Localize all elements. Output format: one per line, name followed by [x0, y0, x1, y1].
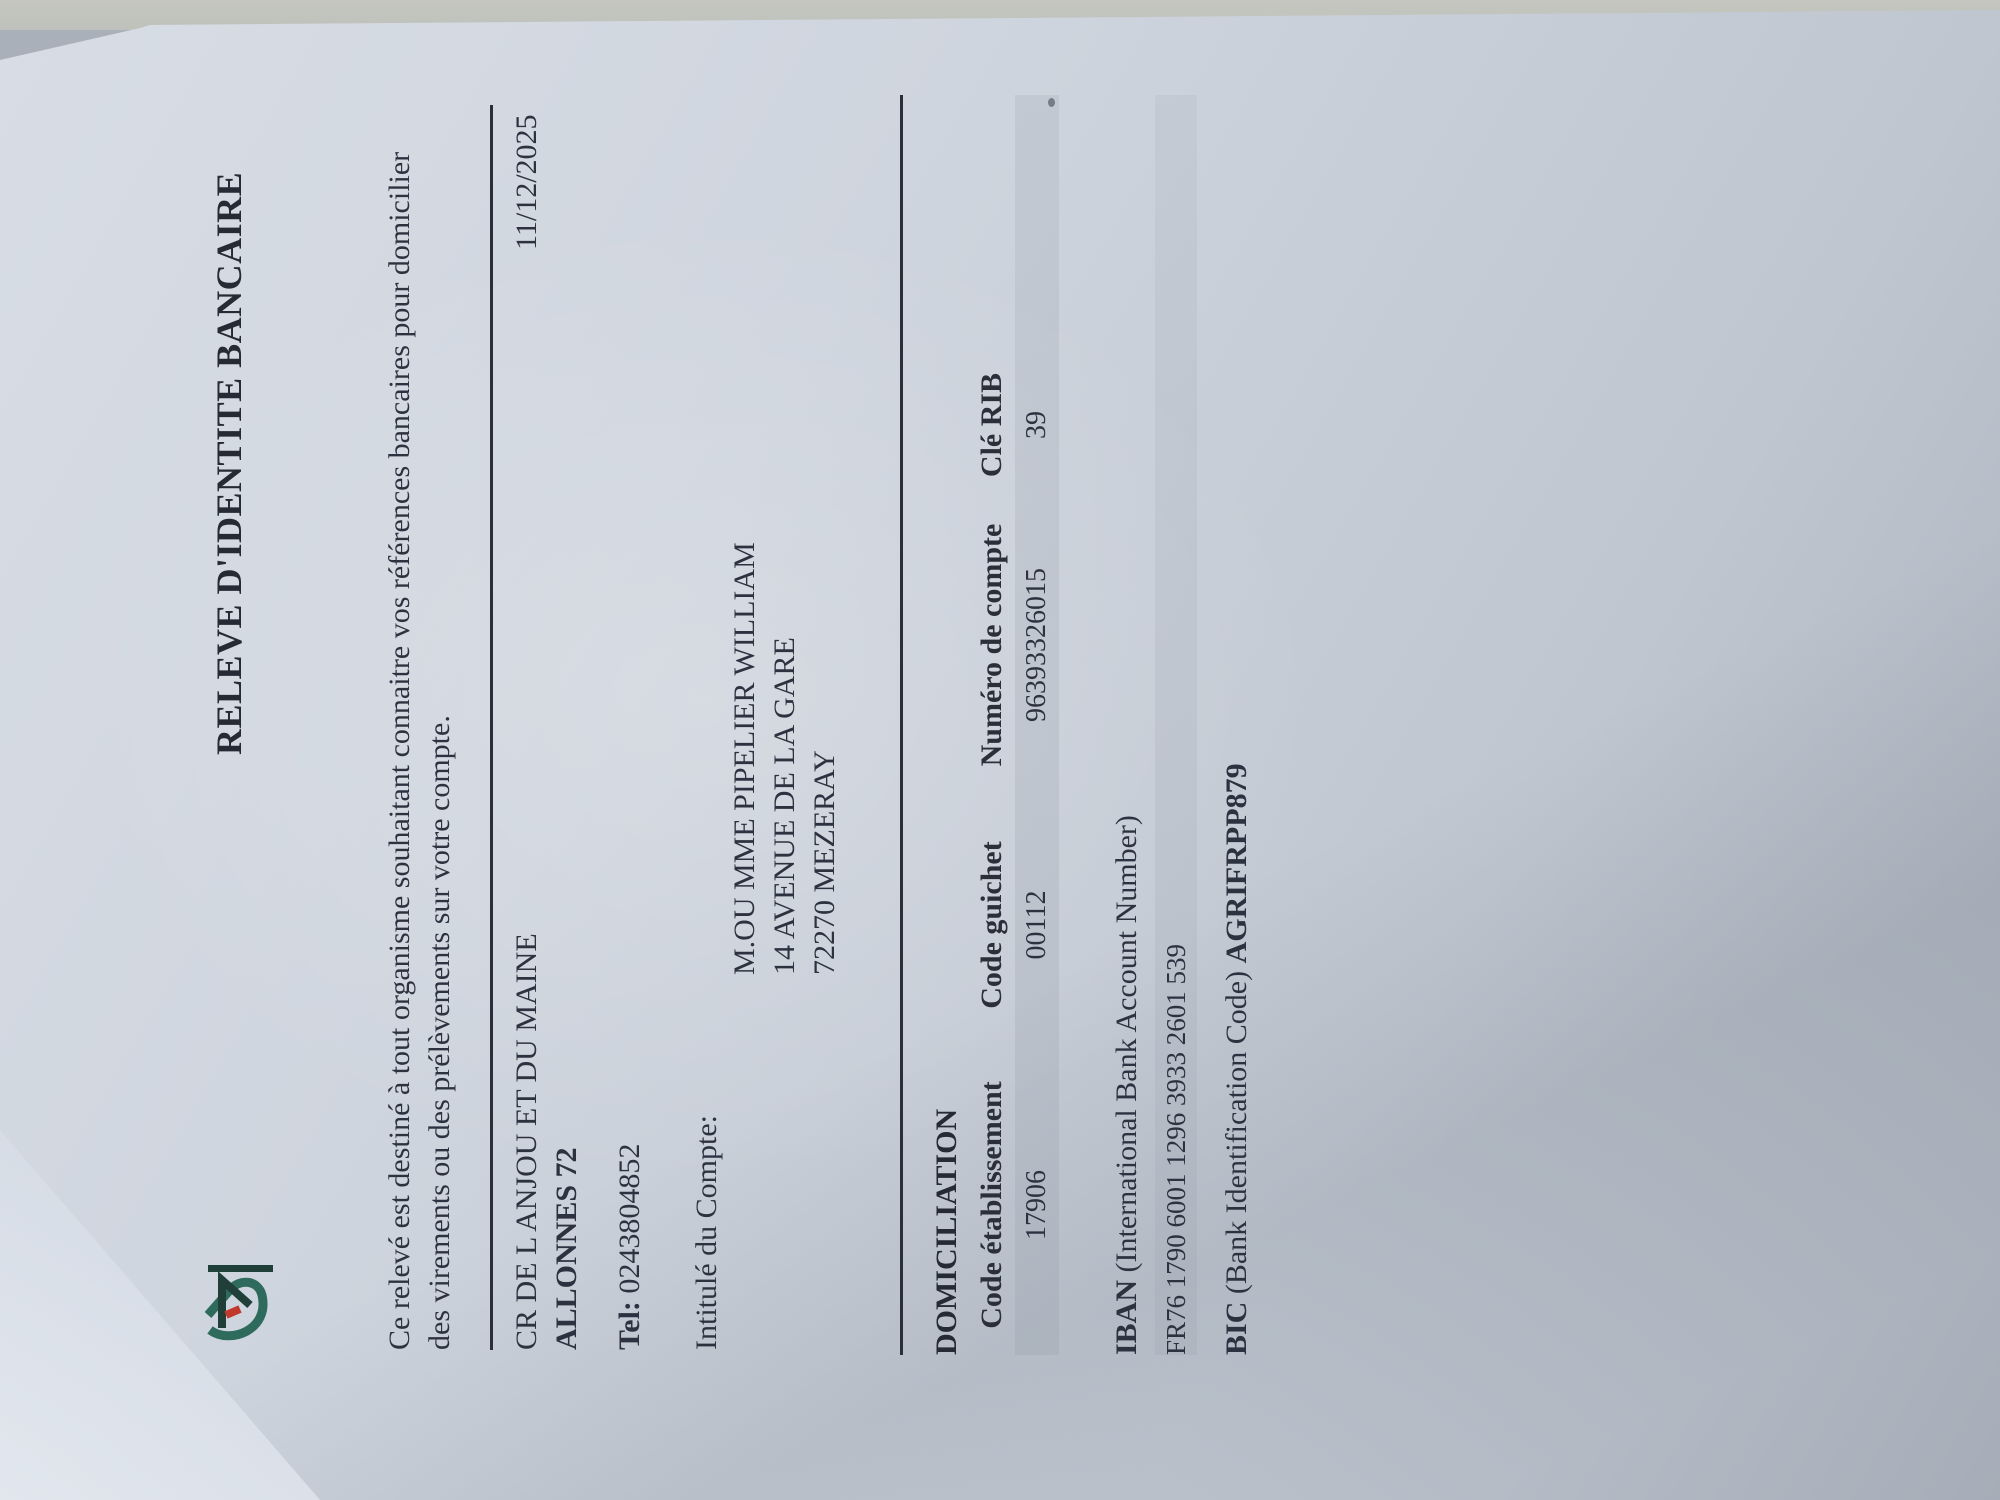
col-branch-code: Code guichet — [975, 795, 1009, 1055]
bank-phone: Tel: 0243804852 — [613, 1144, 647, 1350]
iban-value: FR76 1790 6001 1296 3933 2601 539 — [1155, 95, 1197, 1355]
document-title: RELEVE D'IDENTITE BANCAIRE — [208, 172, 250, 755]
bic-value: AGRIFRPP879 — [1220, 763, 1253, 963]
iban-label: IBAN (International Bank Account Number) — [1110, 815, 1144, 1355]
rib-table: Code établissement Code guichet Numéro d… — [975, 95, 1059, 1355]
iban-abbr: IBAN — [1110, 1280, 1143, 1355]
col-bank-code: Code établissement — [975, 1055, 1009, 1355]
document-date: 11/12/2025 — [510, 114, 544, 250]
account-holder-label: Intitulé du Compte: — [690, 1115, 724, 1350]
rib-header-row: Code établissement Code guichet Numéro d… — [975, 95, 1009, 1355]
phone-label: Tel: — [613, 1301, 646, 1350]
bank-name: CR DE L ANJOU ET DU MAINE — [510, 933, 544, 1350]
rib-document: RELEVE D'IDENTITE BANCAIRE Ce relevé est… — [180, 105, 1480, 1355]
domiciliation-title: DOMICILIATION — [930, 1109, 964, 1355]
divider — [490, 105, 493, 1350]
bank-code: 17906 — [1021, 1055, 1053, 1355]
intro-text: Ce relevé est destiné à tout organisme s… — [380, 150, 460, 1350]
credit-agricole-logo-icon — [200, 1255, 280, 1350]
bank-agency: ALLONNES 72 — [550, 1147, 584, 1350]
bic-abbr: BIC — [1220, 1302, 1253, 1355]
bic-line: BIC (Bank Identification Code) AGRIFRPP8… — [1220, 763, 1254, 1355]
account-holder: M.OU MME PIPELIER WILLIAM 14 AVENUE DE L… — [725, 542, 845, 975]
col-rib-key: Clé RIB — [975, 355, 1009, 495]
divider — [900, 95, 903, 1355]
holder-address-line2: 72270 MEZERAY — [805, 542, 845, 975]
holder-address-line1: 14 AVENUE DE LA GARE — [765, 542, 805, 975]
iban-description: (International Bank Account Number) — [1110, 815, 1143, 1272]
phone-number: 0243804852 — [613, 1144, 646, 1294]
branch-code: 00112 — [1021, 795, 1053, 1055]
rib-values-row: 17906 00112 96393326015 39 — [1015, 95, 1059, 1355]
holder-name: M.OU MME PIPELIER WILLIAM — [725, 542, 765, 975]
rib-key: 39 — [1021, 355, 1053, 495]
col-account-number: Numéro de compte — [975, 495, 1009, 795]
bic-description: (Bank Identification Code) — [1220, 971, 1253, 1294]
account-number: 96393326015 — [1021, 495, 1053, 795]
